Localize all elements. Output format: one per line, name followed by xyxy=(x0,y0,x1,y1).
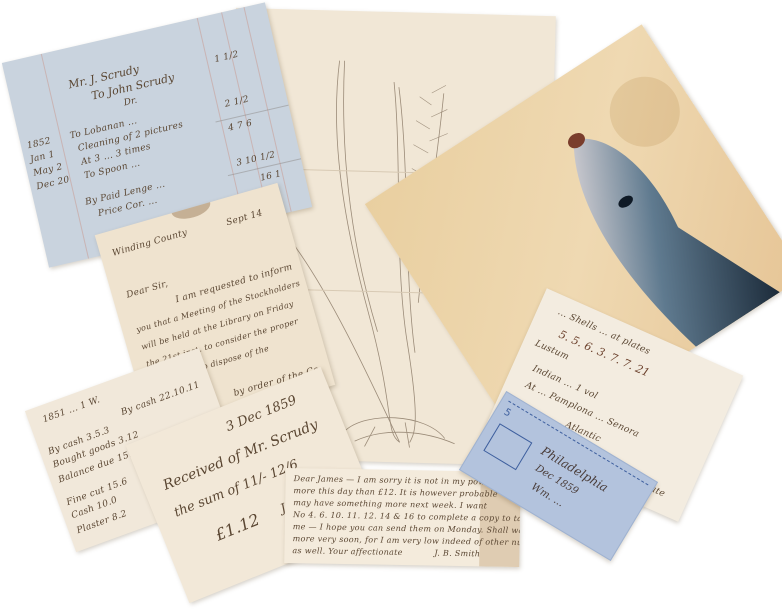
letter-salutation: Dear Sir, xyxy=(125,279,169,300)
ledger-date: Dec 20 xyxy=(36,175,71,192)
ledger-amount: 2 1/2 xyxy=(224,95,250,110)
ticket-grid xyxy=(483,423,532,470)
letter-signature: J. B. Smith xyxy=(434,549,480,559)
ledger-amount: 16 1 xyxy=(259,169,282,184)
letter-line: more this day than £12. It is however pr… xyxy=(293,486,498,499)
ledger-amount: 1 1/2 xyxy=(214,50,240,65)
receipt-amount: £1.12 xyxy=(213,510,263,545)
letter-date: Sept 14 xyxy=(225,208,264,228)
letter-line: may have something more next week. I wan… xyxy=(293,498,487,510)
letter-line: as well. Your affectionate xyxy=(292,546,402,557)
ledger-date: 1852 xyxy=(26,136,52,151)
ledger-date: Jan 1 xyxy=(29,150,55,165)
accounts-line: By cash 22.10.11 xyxy=(120,380,202,418)
letter-place: Winding County xyxy=(111,228,188,259)
ticket-number: 5 xyxy=(502,407,513,420)
ledger-line: Dr. xyxy=(123,96,138,109)
accounts-line: 1851 ... 1 W. xyxy=(42,395,102,425)
